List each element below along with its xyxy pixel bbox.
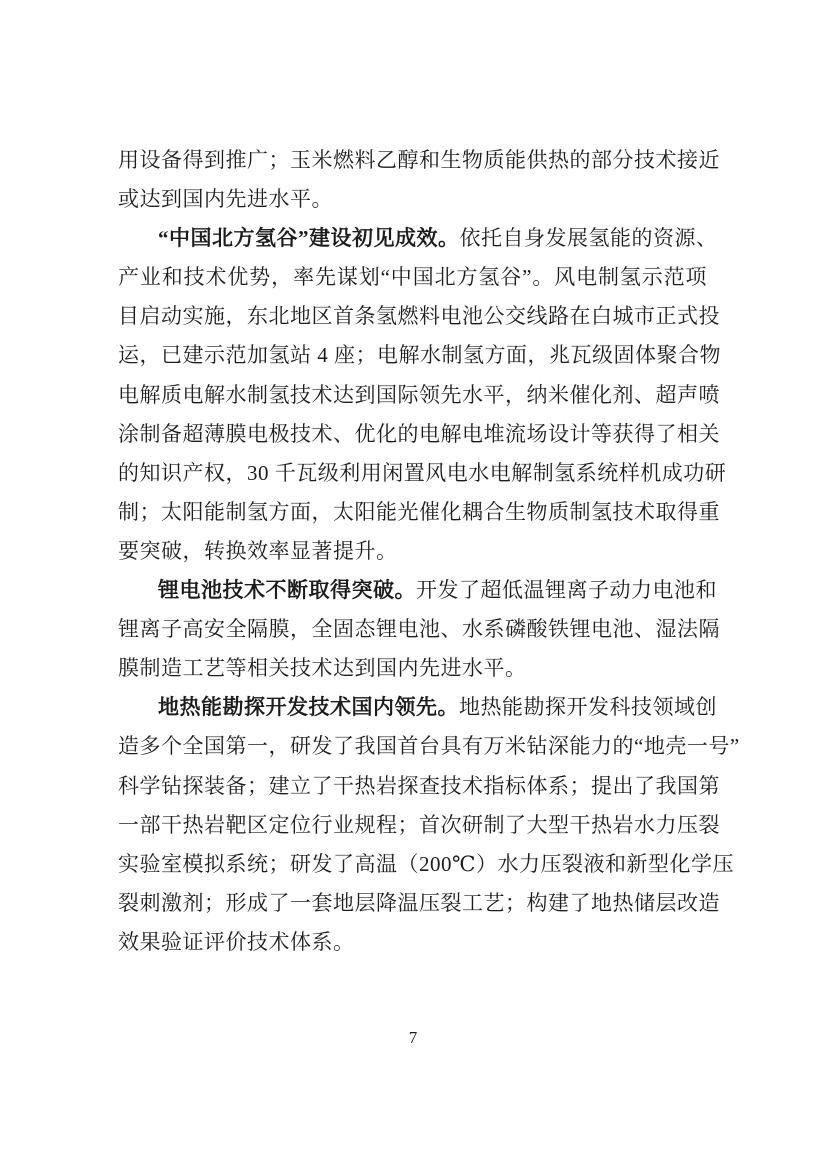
- paragraph-text: 运，已建示范加氢站 4 座；电解水制氢方面，兆瓦级固体聚合物: [118, 343, 721, 367]
- text-line: 裂刺激剂；形成了一套地层降温压裂工艺；构建了地热储层改造: [118, 884, 707, 923]
- text-line: 锂离子高安全隔膜，全固态锂电池、水系磷酸铁锂电池、湿法隔: [118, 610, 707, 649]
- paragraph-text: 造多个全国第一，研发了我国首台具有万米钻深能力的“地壳一号”: [118, 734, 740, 758]
- text-line: 涂制备超薄膜电极技术、优化的电解电堆流场设计等获得了相关: [118, 415, 707, 454]
- paragraph-text: 制；太阳能制氢方面，太阳能光催化耦合生物质制氢技术取得重: [118, 500, 720, 524]
- text-line: 产业和技术优势，率先谋划“中国北方氢谷”。风电制氢示范项: [118, 258, 707, 297]
- text-line: 用设备得到推广；玉米燃料乙醇和生物质能供热的部分技术接近: [118, 141, 707, 180]
- text-line: 膜制造工艺等相关技术达到国内先进水平。: [118, 649, 707, 688]
- text-line: 的知识产权，30 千瓦级利用闲置风电水电解制氢系统样机成功研: [118, 454, 707, 493]
- text-line: 目启动实施，东北地区首条氢燃料电池公交线路在白城市正式投: [118, 297, 707, 336]
- paragraph-text: 裂刺激剂；形成了一套地层降温压裂工艺；构建了地热储层改造: [118, 891, 720, 915]
- paragraph-text: 地热能勘探开发科技领域创: [459, 695, 717, 719]
- text-line: 要突破，转换效率显著提升。: [118, 532, 707, 571]
- paragraph-text: 要突破，转换效率显著提升。: [118, 539, 398, 563]
- paragraph-text: 电解质电解水制氢技术达到国际领先水平，纳米催化剂、超声喷: [118, 383, 720, 407]
- text-line: 一部干热岩靶区定位行业规程；首次研制了大型干热岩水力压裂: [118, 806, 707, 845]
- paragraph-lead-bold: 地热能勘探开发技术国内领先。: [158, 695, 459, 719]
- text-line: “中国北方氢谷”建设初见成效。依托自身发展氢能的资源、: [118, 219, 707, 258]
- paragraph-text: 或达到国内先进水平。: [118, 187, 333, 211]
- paragraph-text: 依托自身发展氢能的资源、: [460, 226, 718, 250]
- text-block: 用设备得到推广；玉米燃料乙醇和生物质能供热的部分技术接近或达到国内先进水平。“中…: [118, 141, 707, 962]
- text-line: 科学钻探装备；建立了干热岩探查技术指标体系；提出了我国第: [118, 767, 707, 806]
- text-line: 实验室模拟系统；研发了高温（200℃）水力压裂液和新型化学压: [118, 845, 707, 884]
- text-line: 效果验证评价技术体系。: [118, 923, 707, 962]
- document-page: 用设备得到推广；玉米燃料乙醇和生物质能供热的部分技术接近或达到国内先进水平。“中…: [0, 0, 826, 1169]
- text-line: 制；太阳能制氢方面，太阳能光催化耦合生物质制氢技术取得重: [118, 493, 707, 532]
- paragraph-text: 的知识产权，30 千瓦级利用闲置风电水电解制氢系统样机成功研: [118, 461, 726, 485]
- paragraph-lead-bold: “中国北方氢谷”建设初见成效。: [158, 226, 460, 250]
- text-line: 或达到国内先进水平。: [118, 180, 707, 219]
- paragraph-text: 效果验证评价技术体系。: [118, 930, 355, 954]
- page-number: 7: [0, 1027, 826, 1049]
- text-line: 造多个全国第一，研发了我国首台具有万米钻深能力的“地壳一号”: [118, 727, 707, 766]
- paragraph-text: 用设备得到推广；玉米燃料乙醇和生物质能供热的部分技术接近: [118, 148, 720, 172]
- paragraph-text: 膜制造工艺等相关技术达到国内先进水平。: [118, 656, 527, 680]
- paragraph-text: 锂离子高安全隔膜，全固态锂电池、水系磷酸铁锂电池、湿法隔: [118, 617, 720, 641]
- text-line: 锂电池技术不断取得突破。开发了超低温锂离子动力电池和: [118, 571, 707, 610]
- text-line: 运，已建示范加氢站 4 座；电解水制氢方面，兆瓦级固体聚合物: [118, 336, 707, 375]
- paragraph-text: 目启动实施，东北地区首条氢燃料电池公交线路在白城市正式投: [118, 304, 720, 328]
- paragraph-lead-bold: 锂电池技术不断取得突破。: [158, 578, 416, 602]
- paragraph-text: 科学钻探装备；建立了干热岩探查技术指标体系；提出了我国第: [118, 774, 720, 798]
- text-line: 电解质电解水制氢技术达到国际领先水平，纳米催化剂、超声喷: [118, 376, 707, 415]
- paragraph-text: 一部干热岩靶区定位行业规程；首次研制了大型干热岩水力压裂: [118, 813, 720, 837]
- paragraph-text: 涂制备超薄膜电极技术、优化的电解电堆流场设计等获得了相关: [118, 422, 720, 446]
- paragraph-text: 产业和技术优势，率先谋划“中国北方氢谷”。风电制氢示范项: [118, 265, 707, 289]
- paragraph-text: 开发了超低温锂离子动力电池和: [416, 578, 717, 602]
- paragraph-text: 实验室模拟系统；研发了高温（200℃）水力压裂液和新型化学压: [118, 852, 734, 876]
- text-line: 地热能勘探开发技术国内领先。地热能勘探开发科技领域创: [118, 688, 707, 727]
